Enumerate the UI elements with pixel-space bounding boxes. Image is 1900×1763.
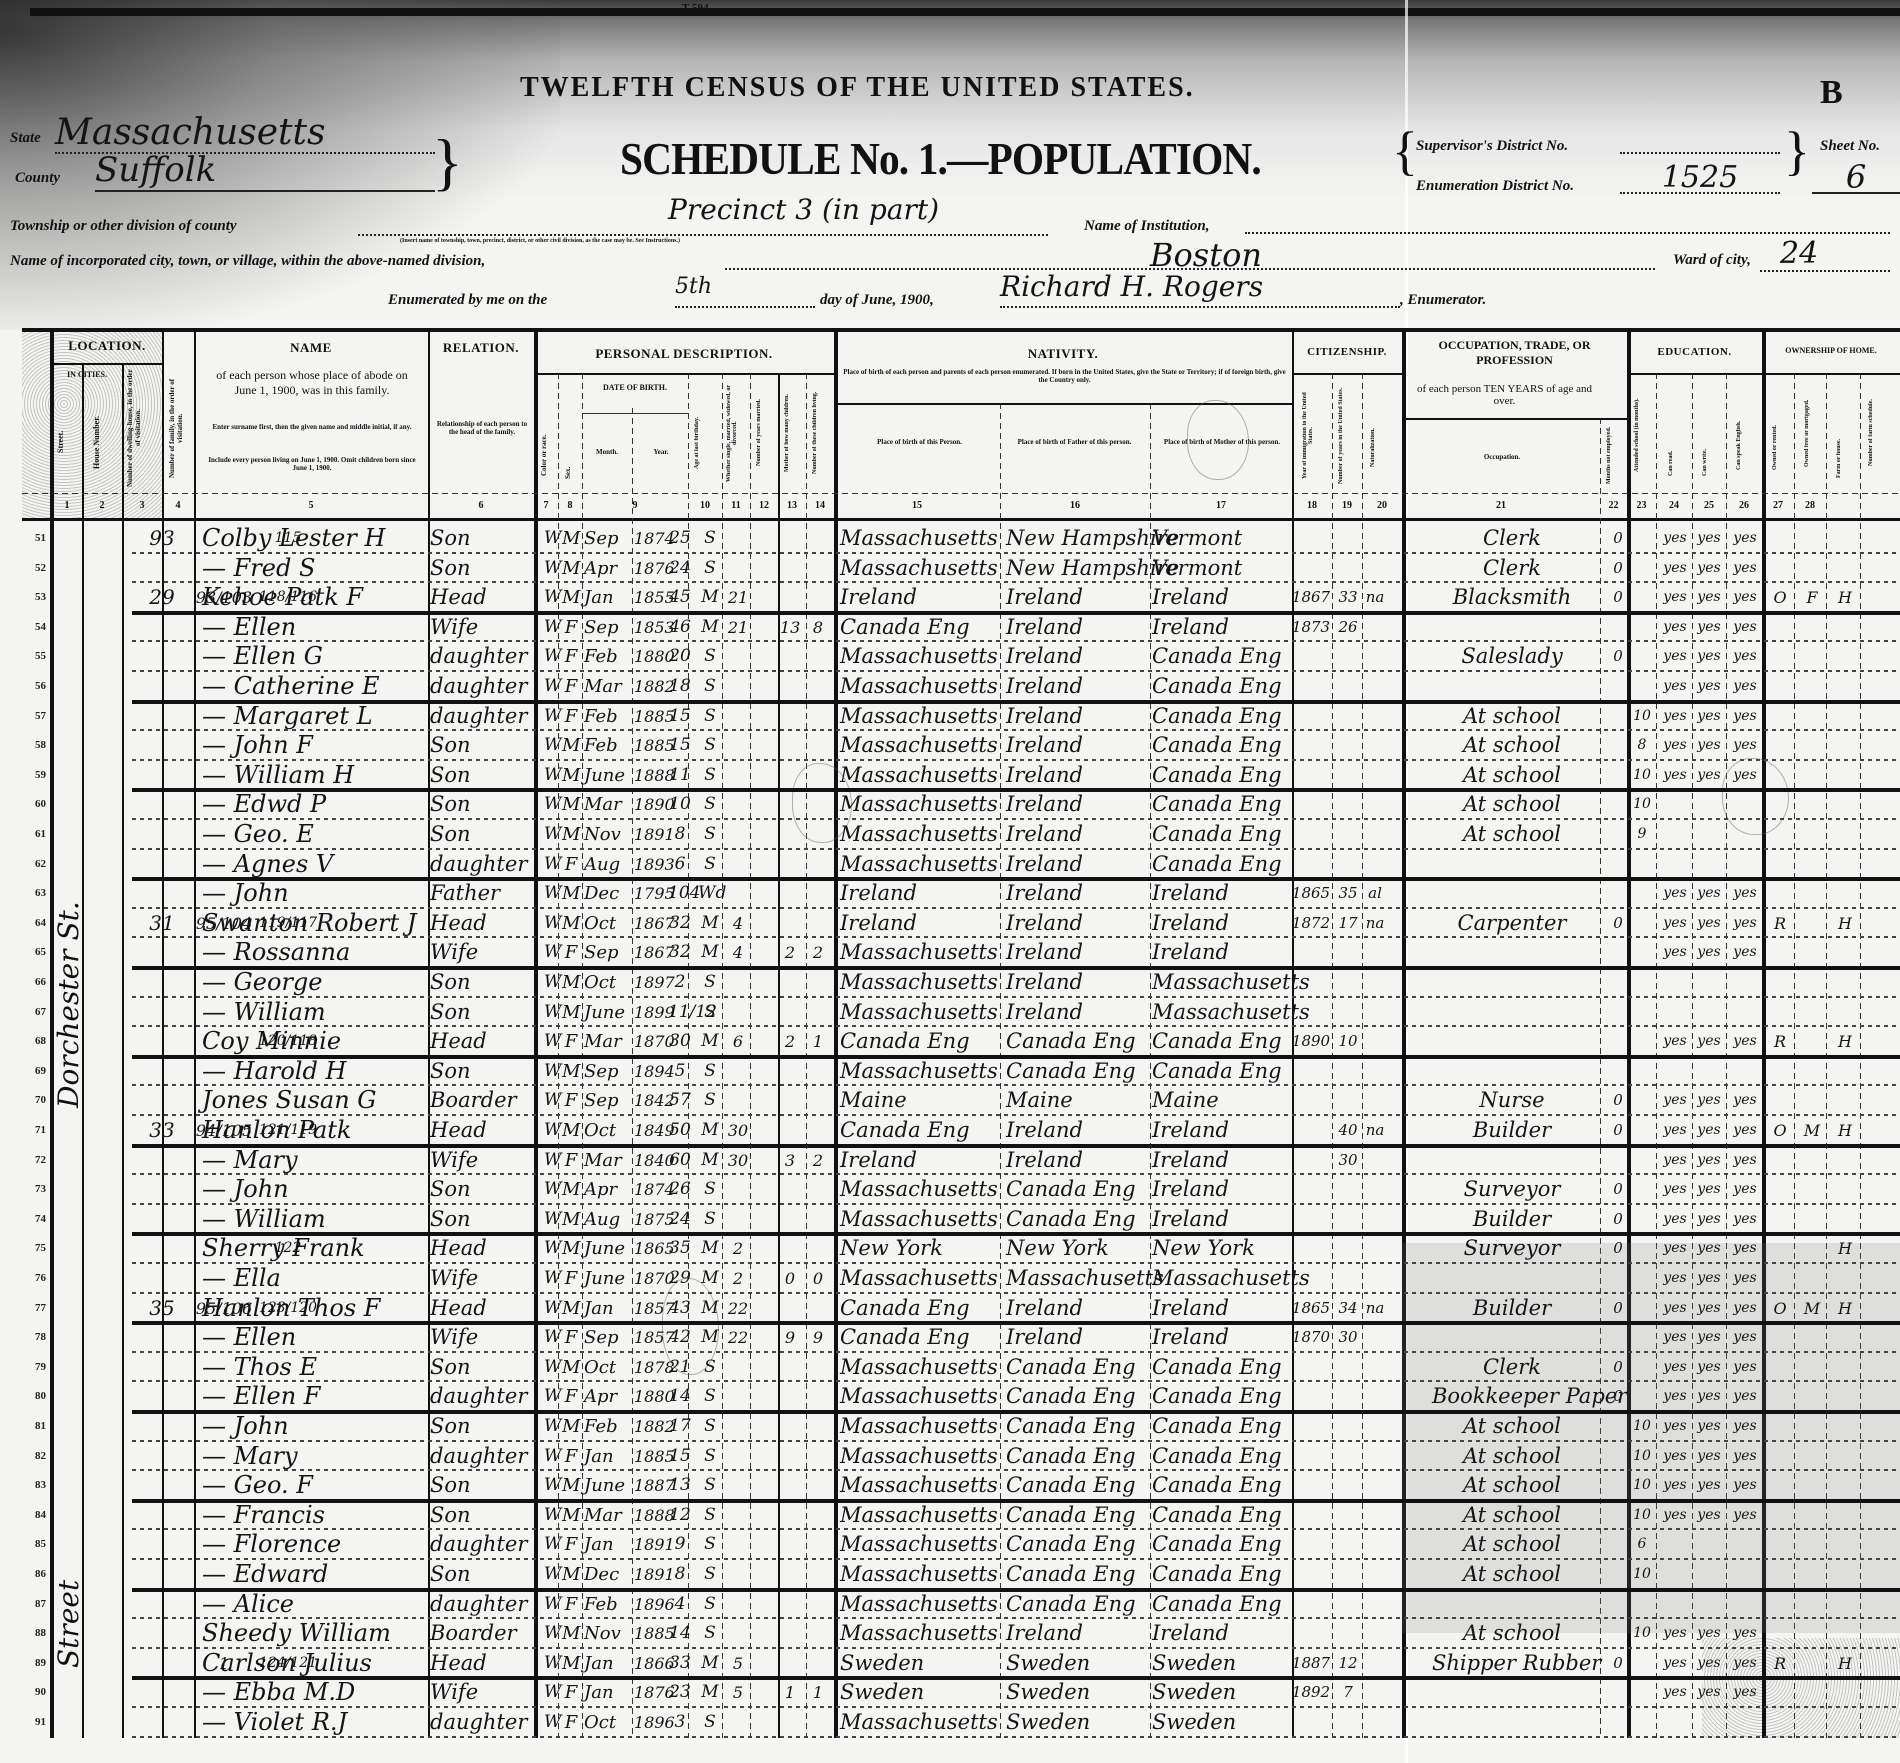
color-cell: W	[544, 879, 560, 908]
attended-school-cell: 6	[1629, 1530, 1655, 1559]
pob-person-header: Place of birth of this Person.	[842, 438, 997, 446]
mother-birthplace-cell: Ireland	[1152, 1116, 1302, 1145]
sex-cell: F	[562, 702, 580, 731]
can-read-cell: yes	[1660, 731, 1690, 760]
color-cell: W	[544, 850, 560, 879]
years-married-cell: 2	[726, 1264, 750, 1293]
birthplace-cell: Ireland	[840, 583, 980, 612]
name-cell: — William	[202, 998, 450, 1027]
birthplace-cell: Massachusetts	[840, 820, 980, 849]
birthplace-cell: Massachusetts	[840, 1264, 980, 1293]
birthplace-cell: Massachusetts	[840, 524, 980, 553]
can-read-cell: yes	[1660, 554, 1690, 583]
sex-cell: M	[562, 1205, 580, 1234]
color-cell: W	[544, 1057, 560, 1086]
relation-cell: daughter	[430, 702, 540, 731]
col-number: 8	[558, 500, 582, 511]
marital-cell: S	[698, 1175, 722, 1204]
color-cell: W	[544, 1501, 560, 1530]
relation-cell: Head	[430, 583, 540, 612]
table-row: 51 93 115 Colby Lester H Son W M Sep 187…	[22, 524, 1900, 554]
table-row: 55 — Ellen G daughter W F Feb 1880 20 S …	[22, 642, 1900, 672]
marital-cell: S	[698, 1708, 722, 1737]
marital-cell: M	[698, 1116, 722, 1145]
can-read-cell: yes	[1660, 702, 1690, 731]
sex-cell: F	[562, 1590, 580, 1619]
birthplace-cell: Massachusetts	[840, 1175, 980, 1204]
sex-cell: F	[562, 1146, 580, 1175]
father-birthplace-cell: Canada Eng	[1006, 1382, 1146, 1411]
line-number: 59	[24, 761, 46, 790]
marital-cell: Wd	[698, 879, 722, 908]
relation-header: RELATION.	[428, 340, 534, 356]
age-cell: 35	[668, 1234, 692, 1263]
father-birthplace-cell: Maine	[1006, 1086, 1146, 1115]
table-row: 82 — Mary daughter W F Jan 1885 15 S Mas…	[22, 1442, 1900, 1472]
father-birthplace-cell: Ireland	[1006, 672, 1146, 701]
occupation-cell: Builder	[1432, 1294, 1592, 1323]
name-cell: Hanlon Thos F	[202, 1294, 450, 1323]
can-write-cell: yes	[1694, 1649, 1724, 1678]
age-cell: 45	[668, 583, 692, 612]
can-write-cell: yes	[1694, 731, 1724, 760]
father-birthplace-cell: Canada Eng	[1006, 1560, 1146, 1589]
relation-cell: Head	[430, 1649, 540, 1678]
can-write-cell: yes	[1694, 554, 1724, 583]
months-unemployed-cell: 0	[1607, 1175, 1629, 1204]
sex-header: Sex.	[564, 458, 572, 488]
age-cell: 24	[668, 1205, 692, 1234]
marital-cell: S	[698, 1501, 722, 1530]
years-married-cell: 21	[726, 583, 750, 612]
attended-school-cell: 10	[1629, 1560, 1655, 1589]
father-birthplace-cell: Massachusetts	[1006, 1264, 1146, 1293]
can-speak-english-cell: yes	[1730, 1264, 1760, 1293]
can-read-cell: yes	[1660, 583, 1690, 612]
owned-rented-header: Owned or rented.	[1772, 408, 1778, 488]
line-number: 67	[24, 998, 46, 1027]
marital-cell: S	[698, 820, 722, 849]
col-number: 19	[1332, 500, 1362, 511]
birth-month-cell: Oct	[584, 909, 632, 938]
relation-cell: daughter	[430, 1590, 540, 1619]
relation-cell: daughter	[430, 850, 540, 879]
occupation-cell: At school	[1432, 1442, 1592, 1471]
color-cell: W	[544, 1708, 560, 1737]
row-rule	[132, 1736, 1900, 1738]
color-cell: W	[544, 909, 560, 938]
can-speak-english-cell: yes	[1730, 1175, 1760, 1204]
mother-birthplace-cell: Canada Eng	[1152, 790, 1302, 819]
marital-cell: M	[698, 1234, 722, 1263]
can-read-cell: yes	[1660, 1294, 1690, 1323]
sex-cell: M	[562, 820, 580, 849]
age-cell: 60	[668, 1146, 692, 1175]
table-row: 58 — John F Son W M Feb 1885 15 S Massac…	[22, 731, 1900, 761]
line-number: 90	[24, 1678, 46, 1707]
name-cell: — Violet R.J	[202, 1708, 450, 1737]
months-unemployed-cell: 0	[1607, 642, 1629, 671]
brace: }	[432, 130, 463, 194]
mother-birthplace-cell: Massachusetts	[1152, 998, 1302, 1027]
relation-cell: daughter	[430, 672, 540, 701]
father-birthplace-cell: Canada Eng	[1006, 1175, 1146, 1204]
sex-cell: M	[562, 1649, 580, 1678]
attended-school-cell: 10	[1629, 702, 1655, 731]
can-write-cell: yes	[1694, 879, 1724, 908]
can-write-cell: yes	[1694, 1027, 1724, 1056]
birthplace-cell: Massachusetts	[840, 1353, 980, 1382]
table-row: 65 — Rossanna Wife W F Sep 1867 32 M 4 2…	[22, 938, 1900, 968]
birth-month-cell: Jan	[584, 1442, 632, 1471]
can-read-cell: yes	[1660, 761, 1690, 790]
occupation-cell: At school	[1432, 1471, 1592, 1500]
name-cell: — Harold H	[202, 1057, 450, 1086]
can-read-cell: yes	[1660, 879, 1690, 908]
can-speak-english-cell: yes	[1730, 583, 1760, 612]
mother-birthplace-cell: Canada Eng	[1152, 1501, 1302, 1530]
line-number: 56	[24, 672, 46, 701]
hdr-rule	[582, 413, 688, 414]
birth-month-cell: Dec	[584, 879, 632, 908]
years-in-us-cell: 40	[1334, 1116, 1362, 1145]
can-speak-english-cell: yes	[1730, 1649, 1760, 1678]
table-row: 67 — William Son W M June 1899 11/12 S M…	[22, 998, 1900, 1028]
institution-label: Name of Institution,	[1084, 218, 1209, 235]
relation-cell: Son	[430, 820, 540, 849]
name-cell: Kehoe Patk F	[202, 583, 450, 612]
relation-cell: Wife	[430, 1323, 540, 1352]
free-mortgaged-cell: M	[1799, 1116, 1825, 1145]
children-living-cell: 0	[808, 1264, 828, 1293]
relation-cell: daughter	[430, 1382, 540, 1411]
birth-month-cell: Sep	[584, 1057, 632, 1086]
sex-cell: M	[562, 1501, 580, 1530]
color-cell: W	[544, 938, 560, 967]
col-number: 15	[834, 500, 1000, 511]
immigration-year-cell: 1865	[1290, 1294, 1332, 1323]
years-married-cell: 4	[726, 909, 750, 938]
mother-birthplace-cell: Massachusetts	[1152, 1264, 1302, 1293]
sex-cell: M	[562, 1471, 580, 1500]
naturalization-cell: na	[1362, 1116, 1388, 1145]
birthplace-cell: Massachusetts	[840, 1530, 980, 1559]
marital-cell: S	[698, 702, 722, 731]
farm-house-cell: H	[1832, 1649, 1858, 1678]
months-unemployed-cell: 0	[1607, 554, 1629, 583]
father-birthplace-cell: Sweden	[1006, 1708, 1146, 1737]
marital-cell: S	[698, 1086, 722, 1115]
relation-cell: Wife	[430, 613, 540, 642]
can-write-cell: yes	[1694, 1116, 1724, 1145]
sheet-letter: B	[1820, 74, 1843, 112]
age-cell: 30	[668, 1027, 692, 1056]
line-number: 75	[24, 1234, 46, 1263]
line-number: 64	[24, 909, 46, 938]
mother-birthplace-cell: Ireland	[1152, 1323, 1302, 1352]
scan-noise	[22, 328, 162, 518]
dwelling-cell: 31	[134, 909, 190, 938]
birthplace-cell: Canada Eng	[840, 1027, 980, 1056]
father-birthplace-cell: Ireland	[1006, 642, 1146, 671]
months-unemployed-cell: 0	[1607, 583, 1629, 612]
attended-school-cell: 10	[1629, 1442, 1655, 1471]
free-mortgaged-cell: F	[1799, 583, 1825, 612]
can-write-cell: yes	[1694, 1619, 1724, 1648]
sex-cell: M	[562, 968, 580, 997]
months-unemployed-cell: 0	[1607, 1649, 1629, 1678]
age-cell: 26	[668, 1175, 692, 1204]
birth-month-cell: Feb	[584, 731, 632, 760]
can-speak-english-cell: yes	[1730, 1442, 1760, 1471]
years-in-us-cell: 12	[1334, 1649, 1362, 1678]
father-birthplace-cell: Canada Eng	[1006, 1412, 1146, 1441]
name-cell: — Alice	[202, 1590, 450, 1619]
can-speak-english-cell: yes	[1730, 1205, 1760, 1234]
table-row: 63 — John Father W M Dec 1795 104 Wd Ire…	[22, 879, 1900, 909]
relation-cell: daughter	[430, 642, 540, 671]
marital-cell: S	[698, 1560, 722, 1589]
marital-cell: S	[698, 1057, 722, 1086]
marital-cell: S	[698, 731, 722, 760]
color-cell: W	[544, 613, 560, 642]
age-cell: 15	[668, 1442, 692, 1471]
mother-birthplace-cell: Ireland	[1152, 938, 1302, 967]
age-header: Age at last birthday.	[694, 398, 700, 488]
color-header: Color or race.	[540, 423, 548, 488]
years-married-cell: 6	[726, 1027, 750, 1056]
mother-birthplace-cell: Canada Eng	[1152, 1471, 1302, 1500]
father-birthplace-cell: Ireland	[1006, 1146, 1146, 1175]
children-living-cell: 2	[808, 1146, 828, 1175]
table-row: 71 33 94/105 121/119 Hanlon Patk Head W …	[22, 1116, 1900, 1146]
age-cell: 2	[668, 968, 692, 997]
birth-month-cell: Jan	[584, 1294, 632, 1323]
father-birthplace-cell: Ireland	[1006, 613, 1146, 642]
birth-month-cell: Mar	[584, 1501, 632, 1530]
sex-cell: M	[562, 1412, 580, 1441]
col-number: 21	[1402, 500, 1600, 511]
birthplace-cell: Massachusetts	[840, 1619, 980, 1648]
age-cell: 57	[668, 1086, 692, 1115]
immigration-year-cell: 1872	[1290, 909, 1332, 938]
birth-month-cell: Sep	[584, 1323, 632, 1352]
months-unemployed-cell: 0	[1607, 1205, 1629, 1234]
col-number: 10	[688, 500, 722, 511]
color-cell: W	[544, 554, 560, 583]
can-write-cell: yes	[1694, 613, 1724, 642]
father-birthplace-cell: Ireland	[1006, 1116, 1146, 1145]
birth-month-cell: Nov	[584, 1619, 632, 1648]
col-number: 25	[1692, 500, 1726, 511]
birth-month-cell: Oct	[584, 1116, 632, 1145]
father-birthplace-cell: New Hampshire	[1006, 554, 1146, 583]
mother-of-cell: 0	[780, 1264, 800, 1293]
mother-of-cell: 3	[780, 1146, 800, 1175]
relation-cell: Son	[430, 1560, 540, 1589]
birth-month-cell: Aug	[584, 1205, 632, 1234]
father-birthplace-cell: Canada Eng	[1006, 1027, 1146, 1056]
line-number: 60	[24, 790, 46, 819]
birthplace-cell: Massachusetts	[840, 642, 980, 671]
can-speak-english-cell: yes	[1730, 1086, 1760, 1115]
can-write-cell: yes	[1694, 1264, 1724, 1293]
father-birthplace-cell: New Hampshire	[1006, 524, 1146, 553]
table-row: 85 — Florence daughter W F Jan 1891 9 S …	[22, 1530, 1900, 1560]
mother-of-cell: 1	[780, 1678, 800, 1707]
mother-of-cell: 9	[780, 1323, 800, 1352]
unemployed-header: Months not employed.	[1606, 423, 1612, 488]
can-speak-english-cell: yes	[1730, 642, 1760, 671]
institution-field	[1245, 220, 1890, 234]
mother-birthplace-cell: Canada Eng	[1152, 1382, 1302, 1411]
age-cell: 29	[668, 1264, 692, 1293]
birthplace-cell: Massachusetts	[840, 1471, 980, 1500]
age-cell: 46	[668, 613, 692, 642]
years-in-us-cell: 35	[1334, 879, 1362, 908]
table-row: 74 — William Son W M Aug 1875 24 S Massa…	[22, 1205, 1900, 1235]
name-instr-1: Enter surname first, then the given name…	[207, 423, 417, 431]
age-cell: 12	[668, 1501, 692, 1530]
birth-month-cell: Apr	[584, 554, 632, 583]
col-number: 27	[1762, 500, 1794, 511]
line-number: 63	[24, 879, 46, 908]
color-cell: W	[544, 1027, 560, 1056]
relation-cell: Son	[430, 968, 540, 997]
relation-cell: daughter	[430, 1708, 540, 1737]
can-read-cell: yes	[1660, 1382, 1690, 1411]
dwelling-cell: 33	[134, 1116, 190, 1145]
relation-cell: Son	[430, 1501, 540, 1530]
can-read-cell: yes	[1660, 1649, 1690, 1678]
marital-cell: S	[698, 1382, 722, 1411]
occupation-cell: At school	[1432, 820, 1592, 849]
birthplace-cell: Massachusetts	[840, 968, 980, 997]
can-write-cell: yes	[1694, 1501, 1724, 1530]
naturalization-cell: na	[1362, 583, 1388, 612]
mother-birthplace-cell: Ireland	[1152, 583, 1302, 612]
marital-cell: S	[698, 998, 722, 1027]
name-cell: — Mary	[202, 1442, 450, 1471]
can-speak-english-cell: yes	[1730, 554, 1760, 583]
children-living-cell: 1	[808, 1027, 828, 1056]
immigration-year-cell: 1887	[1290, 1649, 1332, 1678]
naturalization-cell: na	[1362, 1294, 1388, 1323]
father-birthplace-cell: Ireland	[1006, 938, 1146, 967]
table-row: 53 29 93/103 118/116 Kehoe Patk F Head W…	[22, 583, 1900, 613]
supervisor-field	[1620, 140, 1780, 154]
city-field: Boston	[1150, 236, 1262, 274]
personal-header: PERSONAL DESCRIPTION.	[534, 346, 834, 362]
line-number: 79	[24, 1353, 46, 1382]
father-birthplace-cell: Ireland	[1006, 879, 1146, 908]
father-birthplace-cell: Canada Eng	[1006, 1530, 1146, 1559]
city-label: Name of incorporated city, town, or vill…	[10, 253, 485, 270]
relation-cell: Son	[430, 554, 540, 583]
marital-cell: S	[698, 524, 722, 553]
dwelling-cell: 93	[134, 524, 190, 553]
line-number: 65	[24, 938, 46, 967]
owned-rented-cell: R	[1767, 1649, 1793, 1678]
age-cell: 8	[668, 1560, 692, 1589]
marital-cell: S	[698, 761, 722, 790]
line-number: 62	[24, 850, 46, 879]
relation-cell: Son	[430, 1175, 540, 1204]
marital-cell: S	[698, 1353, 722, 1382]
sex-cell: M	[562, 1560, 580, 1589]
sex-cell: M	[562, 790, 580, 819]
mother-birthplace-cell: Sweden	[1152, 1649, 1302, 1678]
birth-month-cell: Mar	[584, 672, 632, 701]
farm-schedule-header: Number of farm schedule.	[1868, 378, 1874, 488]
sex-cell: M	[562, 909, 580, 938]
header-bottom	[22, 518, 1900, 521]
father-birthplace-cell: Ireland	[1006, 909, 1146, 938]
age-cell: 14	[668, 1619, 692, 1648]
birthplace-cell: Ireland	[840, 879, 980, 908]
age-cell: 14	[668, 1382, 692, 1411]
color-cell: W	[544, 702, 560, 731]
name-cell: — Fred S	[202, 554, 450, 583]
table-row: 76 — Ella Wife W F June 1870 29 M 2 0 0 …	[22, 1264, 1900, 1294]
mother-birthplace-cell: Ireland	[1152, 1205, 1302, 1234]
color-cell: W	[544, 820, 560, 849]
occupation-cell: Nurse	[1432, 1086, 1592, 1115]
can-write-cell: yes	[1694, 1146, 1724, 1175]
name-cell: — John	[202, 1412, 450, 1441]
col-number: 6	[428, 500, 534, 511]
month-header: Month.	[582, 448, 632, 456]
naturalization-cell: al	[1362, 879, 1388, 908]
can-speak-english-cell: yes	[1730, 613, 1760, 642]
line-number: 83	[24, 1471, 46, 1500]
children-living-header: Number of these children living.	[812, 378, 818, 488]
occupation-title: OCCUPATION, TRADE, OR PROFESSION	[1407, 338, 1622, 368]
line-number: 55	[24, 642, 46, 671]
sex-cell: F	[562, 1086, 580, 1115]
hdr-rule	[534, 373, 834, 375]
table-row: 69 — Harold H Son W M Sep 1894 5 S Massa…	[22, 1057, 1900, 1087]
can-write-cell: yes	[1694, 524, 1724, 553]
education-header: EDUCATION.	[1627, 346, 1762, 358]
line-number: 82	[24, 1442, 46, 1471]
can-read-cell: yes	[1660, 642, 1690, 671]
table-row: 84 — Francis Son W M Mar 1888 12 S Massa…	[22, 1501, 1900, 1531]
age-cell: 11	[668, 761, 692, 790]
sex-cell: F	[562, 1442, 580, 1471]
father-birthplace-cell: Canada Eng	[1006, 1501, 1146, 1530]
name-header: NAME	[194, 340, 428, 356]
name-cell: — Rossanna	[202, 938, 450, 967]
birthplace-cell: Massachusetts	[840, 1560, 980, 1589]
name-cell: — Ellen F	[202, 1382, 450, 1411]
color-cell: W	[544, 1353, 560, 1382]
marital-header: Whether single, married, widowed, or div…	[726, 378, 738, 488]
birth-month-cell: June	[584, 1471, 632, 1500]
line-number: 86	[24, 1560, 46, 1589]
sex-cell: F	[562, 613, 580, 642]
sex-cell: M	[562, 879, 580, 908]
occupation-cell: At school	[1432, 790, 1592, 819]
years-married-cell: 30	[726, 1116, 750, 1145]
table-row: 56 — Catherine E daughter W F Mar 1882 1…	[22, 672, 1900, 702]
ward-field: 24	[1760, 236, 1890, 272]
line-number: 76	[24, 1264, 46, 1293]
line-number: 69	[24, 1057, 46, 1086]
family-no-header: Number of family, in the order of visita…	[168, 368, 184, 488]
father-birthplace-cell: Ireland	[1006, 850, 1146, 879]
birthplace-cell: Canada Eng	[840, 1116, 980, 1145]
